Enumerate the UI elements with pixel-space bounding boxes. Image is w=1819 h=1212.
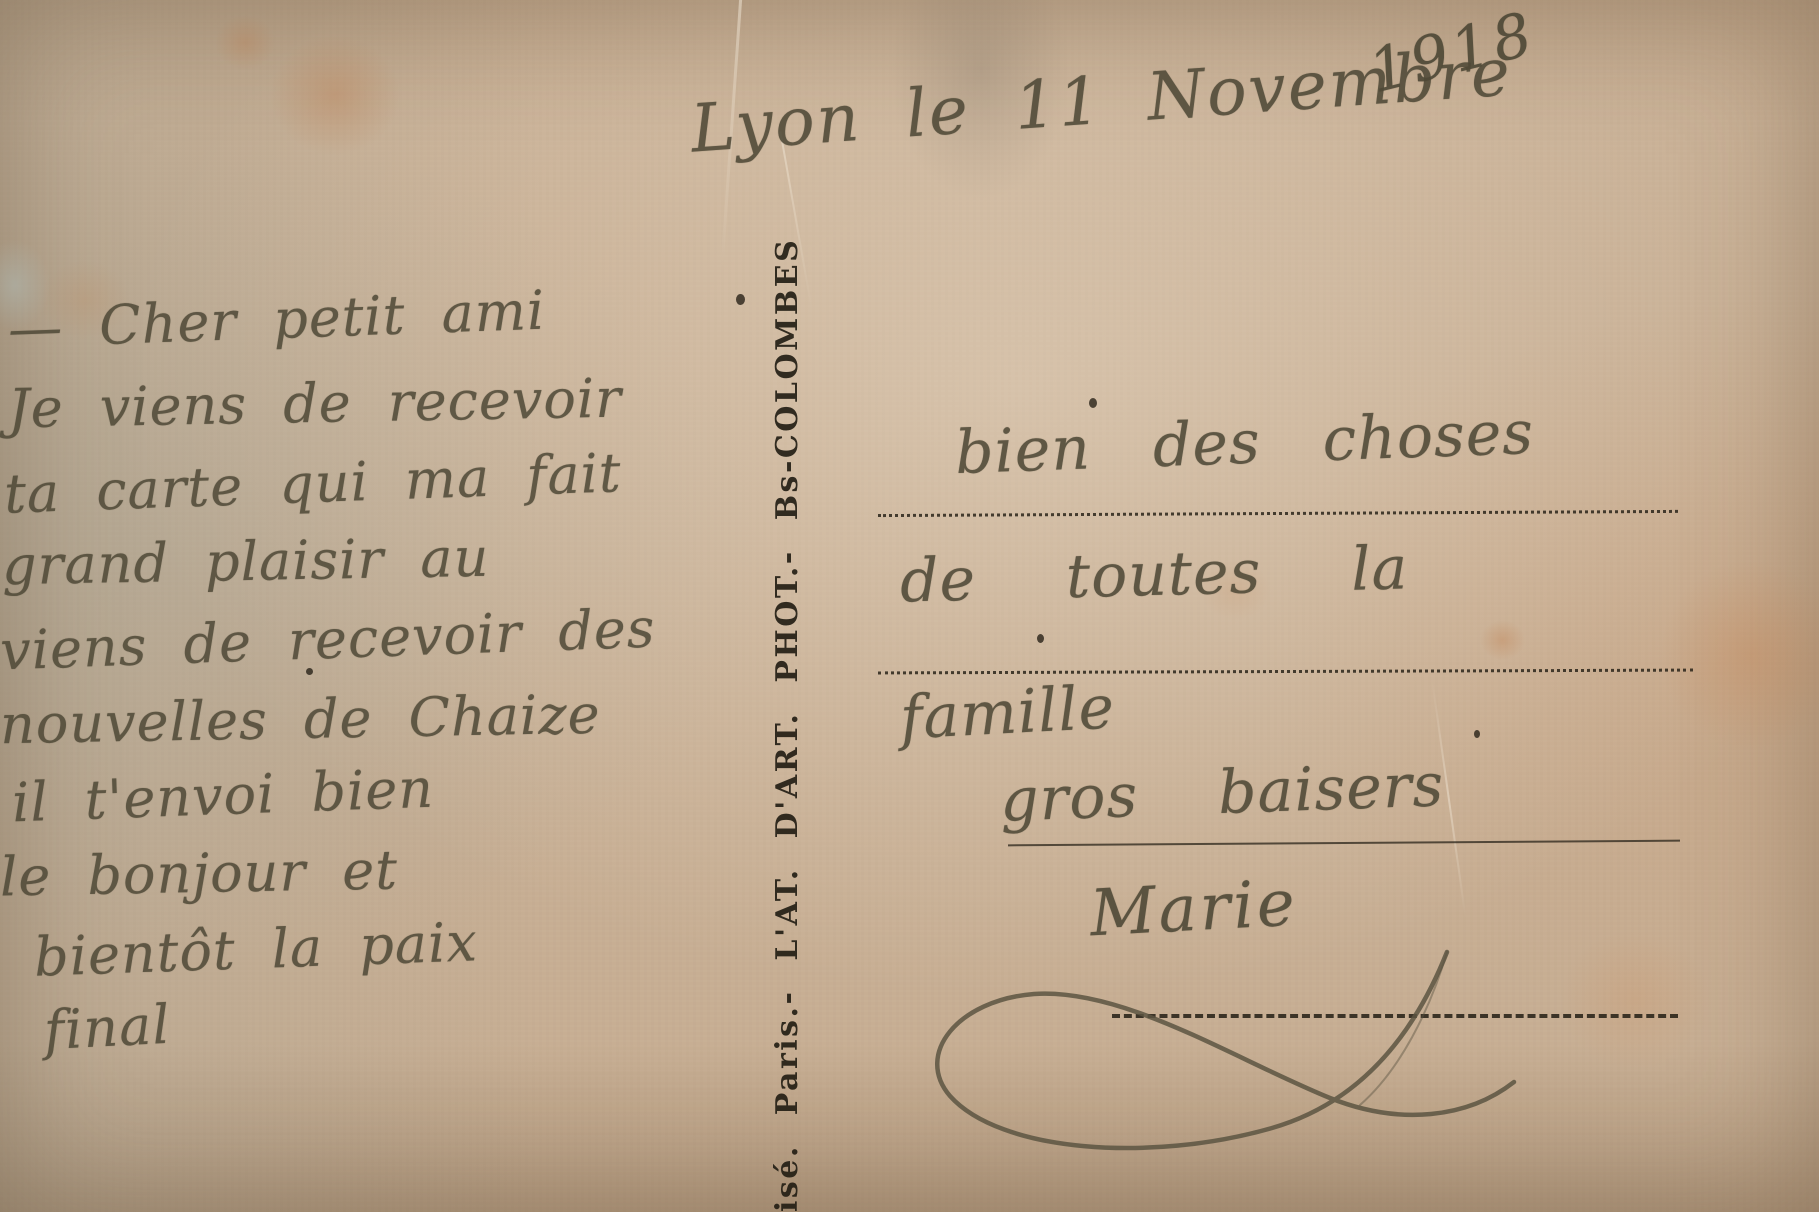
printer-imprint: isé. Paris.- L'AT. D'ART. PHOT.- Bs-COLO… <box>770 202 816 1212</box>
ink-dot <box>1037 634 1044 643</box>
address-rule-dashed <box>1112 1014 1678 1018</box>
message-line: nouvelles de Chaize <box>0 683 601 756</box>
ink-dot <box>1089 398 1097 408</box>
message-line: il t'envoi bien <box>11 757 435 835</box>
message-line: Je viens de recevoir <box>7 367 622 441</box>
message-line: bientôt la paix <box>33 910 479 988</box>
foxing-stain <box>1560 930 1710 1070</box>
message-line: final <box>42 993 172 1063</box>
message-line: viens de recevoir des <box>0 597 656 683</box>
address-rule-solid <box>1008 840 1680 847</box>
signature: Marie <box>1088 867 1299 952</box>
address-line: gros baisers <box>999 750 1445 835</box>
foxing-stain <box>270 35 400 155</box>
address-line: bien des choses <box>954 398 1535 488</box>
message-line: ta carte qui ma fait <box>3 441 622 526</box>
postcard-back: Lyon le 11 Novembre 1918 — Cher petit am… <box>0 0 1819 1212</box>
foxing-stain <box>215 15 275 70</box>
address-line: de toutes la <box>899 533 1409 616</box>
message-line: grand plaisir au <box>1 526 489 597</box>
address-rule-dotted <box>878 669 1693 675</box>
address-line: famille <box>898 672 1116 753</box>
ink-dot <box>1474 730 1480 738</box>
foxing-stain <box>1480 620 1525 660</box>
message-line: le bonjour et <box>0 839 398 909</box>
foxing-stain <box>1660 560 1819 750</box>
message-line: — Cher petit ami <box>7 279 546 361</box>
ink-dot <box>736 294 745 305</box>
address-rule-dotted <box>878 510 1678 517</box>
